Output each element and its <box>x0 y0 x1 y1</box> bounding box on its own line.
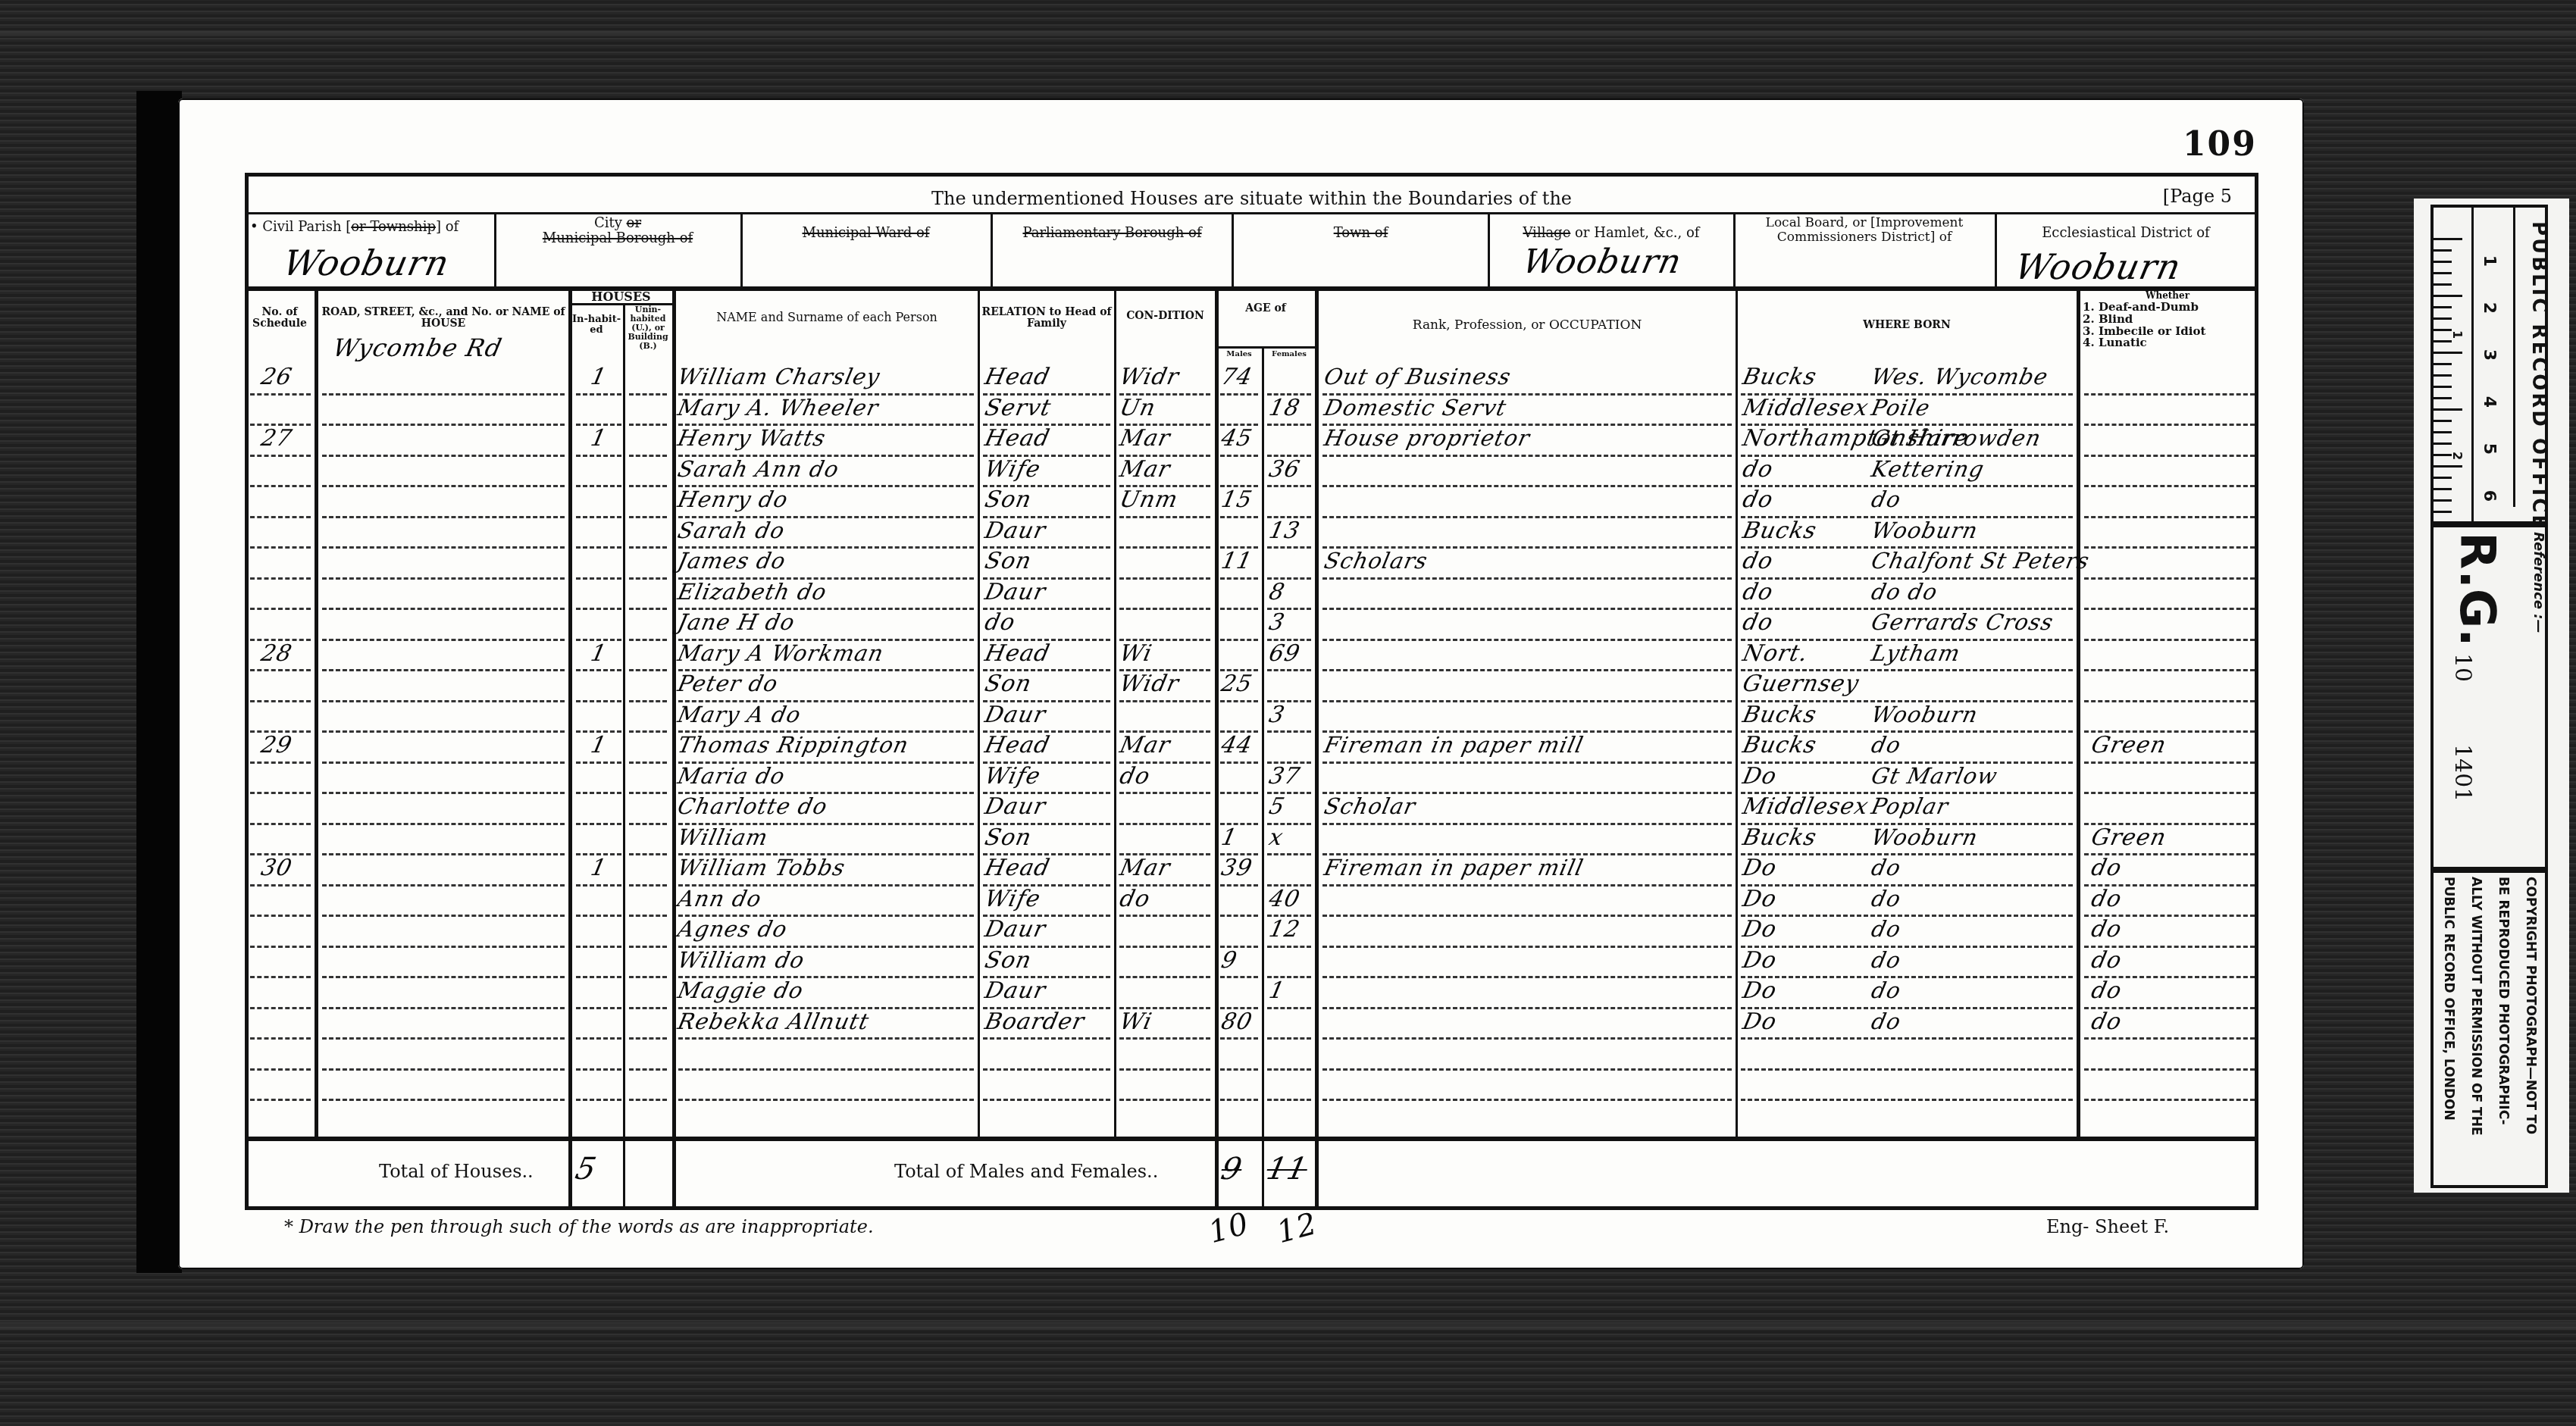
relation: Wife <box>982 763 1043 790</box>
born-place: do <box>1869 947 1903 973</box>
born-place: Wooburn <box>1869 702 1980 727</box>
ruler-number: 4 <box>2480 396 2499 408</box>
relation: Head <box>982 425 1052 452</box>
born-place: do <box>1869 486 1903 512</box>
relation: Daur <box>982 518 1048 544</box>
ruler-number: 1 <box>2480 255 2499 267</box>
relation: Son <box>982 671 1034 697</box>
born-county: Bucks <box>1740 824 1819 851</box>
inch-mark: 2 <box>2450 452 2465 460</box>
col-uninhabited: Unin-habited (U.), or Building (B.) <box>624 305 671 351</box>
person-name: James do <box>675 548 788 574</box>
born-county: Nort. <box>1740 640 1811 667</box>
infirmity-note: do <box>2089 977 2124 1004</box>
born-county: Do <box>1740 855 1779 881</box>
archive-reference-strip: PUBLIC RECORD OFFICE 12345612 Reference … <box>2414 199 2569 1193</box>
local-board-label: Local Board, or [ImprovementCommissioner… <box>1736 216 1993 244</box>
ruler-tick <box>2434 272 2452 274</box>
born-place: do <box>1869 886 1903 912</box>
born-county: Guernsey <box>1740 671 1861 697</box>
female-age: 18 <box>1266 395 1303 421</box>
col-age: AGE of <box>1216 303 1315 314</box>
col-road: ROAD, STREET, &c., and No. or NAME of HO… <box>318 307 568 330</box>
condition: Widr <box>1117 671 1182 697</box>
born-place: do <box>1869 977 1903 1003</box>
sheet-label: Eng- Sheet F. <box>2046 1216 2169 1237</box>
born-county: Do <box>1740 977 1779 1004</box>
ruler-tick <box>2434 283 2452 286</box>
footnote: * Draw the pen through such of the words… <box>284 1216 874 1237</box>
ruler-tick <box>2434 454 2452 456</box>
inch-mark: 1 <box>2450 330 2465 339</box>
born-county: do <box>1740 579 1776 605</box>
condition: do <box>1117 886 1153 912</box>
relation: Daur <box>982 793 1048 820</box>
total-persons-label: Total of Males and Females.. <box>894 1161 1158 1182</box>
ecclesiastical-district-label: Ecclesiastical District of <box>1997 226 2255 241</box>
col-name: NAME and Surname of each Person <box>676 311 978 324</box>
male-age: 80 <box>1219 1009 1255 1035</box>
person-name: Maggie do <box>675 977 806 1003</box>
born-place: do <box>1869 1009 1903 1034</box>
born-place: Gt Harrowden <box>1869 425 2043 451</box>
condition: Mar <box>1117 425 1172 452</box>
ruler-tick <box>2434 352 2462 354</box>
male-age: 11 <box>1219 548 1255 574</box>
ruler-tick <box>2434 363 2452 365</box>
female-age: 37 <box>1266 763 1303 790</box>
village-value: Wooburn <box>1520 242 1686 281</box>
born-county: Do <box>1740 947 1779 974</box>
infirmity-note: Green <box>2089 824 2169 851</box>
condition: Mar <box>1117 456 1172 483</box>
relation: Head <box>982 640 1052 667</box>
male-age: 45 <box>1219 425 1255 452</box>
village-label: Village or Hamlet, &c., of <box>1490 226 1732 241</box>
born-place: do <box>1869 916 1903 942</box>
relation: Head <box>982 855 1052 881</box>
ruler-tick <box>2434 465 2462 468</box>
ruler-tick <box>2434 306 2452 308</box>
person-name: Sarah Ann do <box>675 456 841 482</box>
ruler-tick <box>2434 397 2452 399</box>
person-name: Charlotte do <box>675 793 830 819</box>
ruler-tick <box>2434 511 2452 513</box>
reference-label: Reference :— <box>2531 532 2546 633</box>
born-county: Do <box>1740 916 1779 943</box>
born-county: do <box>1740 486 1776 513</box>
ruler-tick <box>2434 374 2452 377</box>
ruler-tick <box>2434 261 2452 263</box>
born-place: Poplar <box>1869 793 1951 819</box>
condition: Unm <box>1117 486 1181 513</box>
relation: Daur <box>982 579 1048 605</box>
ruler-tick <box>2434 499 2452 502</box>
relation: Wife <box>982 886 1043 912</box>
born-county: Bucks <box>1740 702 1819 728</box>
schedule-number: 29 <box>258 732 295 758</box>
person-name: William do <box>675 947 807 973</box>
born-place: do <box>1869 855 1903 880</box>
ruler-tick <box>2434 329 2452 331</box>
col-females: Females <box>1263 350 1315 358</box>
born-county: Do <box>1740 1009 1779 1035</box>
ruler-tick <box>2434 408 2462 411</box>
relation: Daur <box>982 977 1048 1004</box>
copyright-notice: COPYRIGHT PHOTOGRAPH—NOT TO BE REPRODUCE… <box>2435 877 2544 1136</box>
born-place: Gt Marlow <box>1869 763 2000 789</box>
male-age: 39 <box>1219 855 1255 881</box>
born-place: Poile <box>1869 395 1933 421</box>
person-name: William Charsley <box>675 364 882 389</box>
infirmity-note: do <box>2089 886 2124 912</box>
relation: Wife <box>982 456 1043 483</box>
folio-number: 109 <box>2183 125 2257 164</box>
person-name: Ann do <box>675 886 764 912</box>
person-name: Sarah do <box>675 518 787 543</box>
col-inhabited: In-habit-ed <box>570 314 623 336</box>
occupation: Scholars <box>1322 548 1430 574</box>
male-age: 15 <box>1219 486 1255 513</box>
person-name: Mary A. Wheeler <box>675 395 881 421</box>
born-place: Wooburn <box>1869 518 1980 543</box>
person-name: Mary A do <box>675 702 803 727</box>
occupation: House proprietor <box>1322 425 1532 451</box>
person-name: Maria do <box>675 763 787 789</box>
occupation: Fireman in paper mill <box>1322 732 1585 758</box>
schedule-number: 28 <box>258 640 295 667</box>
born-place: Wes. Wycombe <box>1869 364 2051 389</box>
relation: Son <box>982 486 1034 513</box>
born-county: do <box>1740 609 1776 636</box>
born-place: do do <box>1869 579 1939 605</box>
col-occupation: Rank, Profession, or OCCUPATION <box>1319 318 1736 333</box>
occupation: Fireman in paper mill <box>1322 855 1585 880</box>
ruler-tick <box>2434 477 2452 479</box>
infirmity-note: do <box>2089 855 2124 881</box>
total-houses-label: Total of Houses.. <box>379 1161 534 1182</box>
relation: Head <box>982 732 1052 758</box>
occupation: Scholar <box>1322 793 1418 819</box>
public-record-office-label: PUBLIC RECORD OFFICE <box>2527 221 2550 530</box>
male-age: 25 <box>1219 671 1255 697</box>
relation: Head <box>982 364 1052 390</box>
condition: Mar <box>1117 855 1172 881</box>
relation: do <box>982 609 1018 636</box>
col-relation: RELATION to Head of Family <box>979 307 1114 330</box>
ruler-tick <box>2434 386 2452 388</box>
town-label: Town of <box>1234 226 1488 241</box>
born-county: do <box>1740 548 1776 574</box>
ruler-tick <box>2434 317 2452 320</box>
condition: Wi <box>1117 1009 1154 1035</box>
female-age: 13 <box>1266 518 1303 544</box>
occupation: Domestic Servt <box>1322 395 1509 421</box>
born-county: Bucks <box>1740 732 1819 758</box>
female-age: 40 <box>1266 886 1303 912</box>
col-where-born: WHERE BORN <box>1737 320 2077 331</box>
ruler-number: 3 <box>2480 349 2499 361</box>
relation: Daur <box>982 702 1048 728</box>
table-title: The undermentioned Houses are situate wi… <box>249 188 2255 209</box>
col-infirmity-list: 1. Deaf-and-Dumb 2. Blind 3. Imbecile or… <box>2083 302 2257 349</box>
female-age: 36 <box>1266 456 1303 483</box>
relation: Boarder <box>982 1009 1087 1035</box>
born-place: Gerrards Cross <box>1869 609 2055 635</box>
civil-parish-label: • Civil Parish [or Township] of <box>250 220 493 235</box>
born-place: do <box>1869 732 1903 758</box>
born-county: Do <box>1740 763 1779 790</box>
person-name: Henry do <box>675 486 790 512</box>
born-place: Chalfont St Peters <box>1869 548 2092 574</box>
col-schedule: No. of Schedule <box>245 307 315 330</box>
schedule-number: 27 <box>258 425 295 452</box>
infirmity-note: do <box>2089 916 2124 943</box>
ruler-tick <box>2434 295 2462 297</box>
male-age: 44 <box>1219 732 1255 758</box>
col-condition: CON-DITION <box>1116 311 1215 322</box>
male-age: 74 <box>1219 364 1255 390</box>
ecclesiastical-district-value: Wooburn <box>2011 246 2185 287</box>
condition: Wi <box>1117 640 1154 667</box>
person-name: William <box>675 824 770 850</box>
born-place: Wooburn <box>1869 824 1980 850</box>
reference-series: R.G. <box>2449 532 2505 647</box>
ruler-number: 5 <box>2480 443 2499 455</box>
ruler-tick <box>2434 420 2452 422</box>
person-name: Agnes do <box>675 916 790 942</box>
ruler-number: 6 <box>2480 490 2499 502</box>
civil-parish-value: Wooburn <box>280 242 453 283</box>
born-county: Do <box>1740 886 1779 912</box>
ruler-tick <box>2434 340 2452 342</box>
municipal-ward-label: Municipal Ward of <box>743 226 989 241</box>
born-county: Middlesex <box>1740 793 1871 820</box>
infirmity-note: do <box>2089 1009 2124 1035</box>
female-age: 69 <box>1266 640 1303 667</box>
person-name: Elizabeth do <box>675 579 829 605</box>
person-name: Peter do <box>675 671 781 696</box>
born-place: Lytham <box>1869 640 1962 666</box>
ruler-tick <box>2434 249 2452 252</box>
condition: Mar <box>1117 732 1172 758</box>
infirmity-note: do <box>2089 947 2124 974</box>
ruler-tick <box>2434 238 2462 240</box>
relation: Daur <box>982 916 1048 943</box>
relation: Son <box>982 824 1034 851</box>
ruler-tick <box>2434 431 2452 433</box>
person-name: Henry Watts <box>675 425 828 451</box>
female-age: 12 <box>1266 916 1303 943</box>
occupation: Out of Business <box>1322 364 1513 389</box>
born-county: Middlesex <box>1740 395 1871 421</box>
born-county: Bucks <box>1740 518 1819 544</box>
schedule-number: 26 <box>258 364 295 390</box>
col-males: Males <box>1216 350 1262 358</box>
ruler-tick <box>2434 488 2452 490</box>
relation: Son <box>982 947 1034 974</box>
condition: Widr <box>1117 364 1182 390</box>
reference-piece: 1401 <box>2449 744 2476 802</box>
relation: Servt <box>982 395 1053 421</box>
col-houses: HOUSES <box>570 290 672 304</box>
reference-class: 10 <box>2449 653 2476 682</box>
municipal-borough-label: City orMunicipal Borough of <box>496 216 739 246</box>
ruler-tick <box>2434 442 2452 445</box>
schedule-number: 30 <box>258 855 295 881</box>
total-females-struck: 11 <box>1263 1152 1311 1187</box>
person-name: Jane H do <box>675 609 797 635</box>
page-label: [Page 5 <box>2163 186 2232 207</box>
page-shadow <box>136 91 182 1273</box>
person-name: Mary A Workman <box>675 640 886 666</box>
relation: Son <box>982 548 1034 574</box>
born-county: do <box>1740 456 1776 483</box>
person-name: Thomas Rippington <box>675 732 911 758</box>
born-place: Kettering <box>1869 456 1986 482</box>
infirmity-note: Green <box>2089 732 2169 758</box>
condition: Un <box>1117 395 1158 421</box>
person-name: Rebekka Allnutt <box>675 1009 872 1034</box>
road-name: Wycombe Rd <box>330 333 505 362</box>
ruler-number: 2 <box>2480 302 2499 314</box>
person-name: William Tobbs <box>675 855 847 880</box>
parliamentary-borough-label: Parliamentary Borough of <box>993 226 1232 241</box>
condition: do <box>1117 763 1153 790</box>
born-county: Bucks <box>1740 364 1819 390</box>
